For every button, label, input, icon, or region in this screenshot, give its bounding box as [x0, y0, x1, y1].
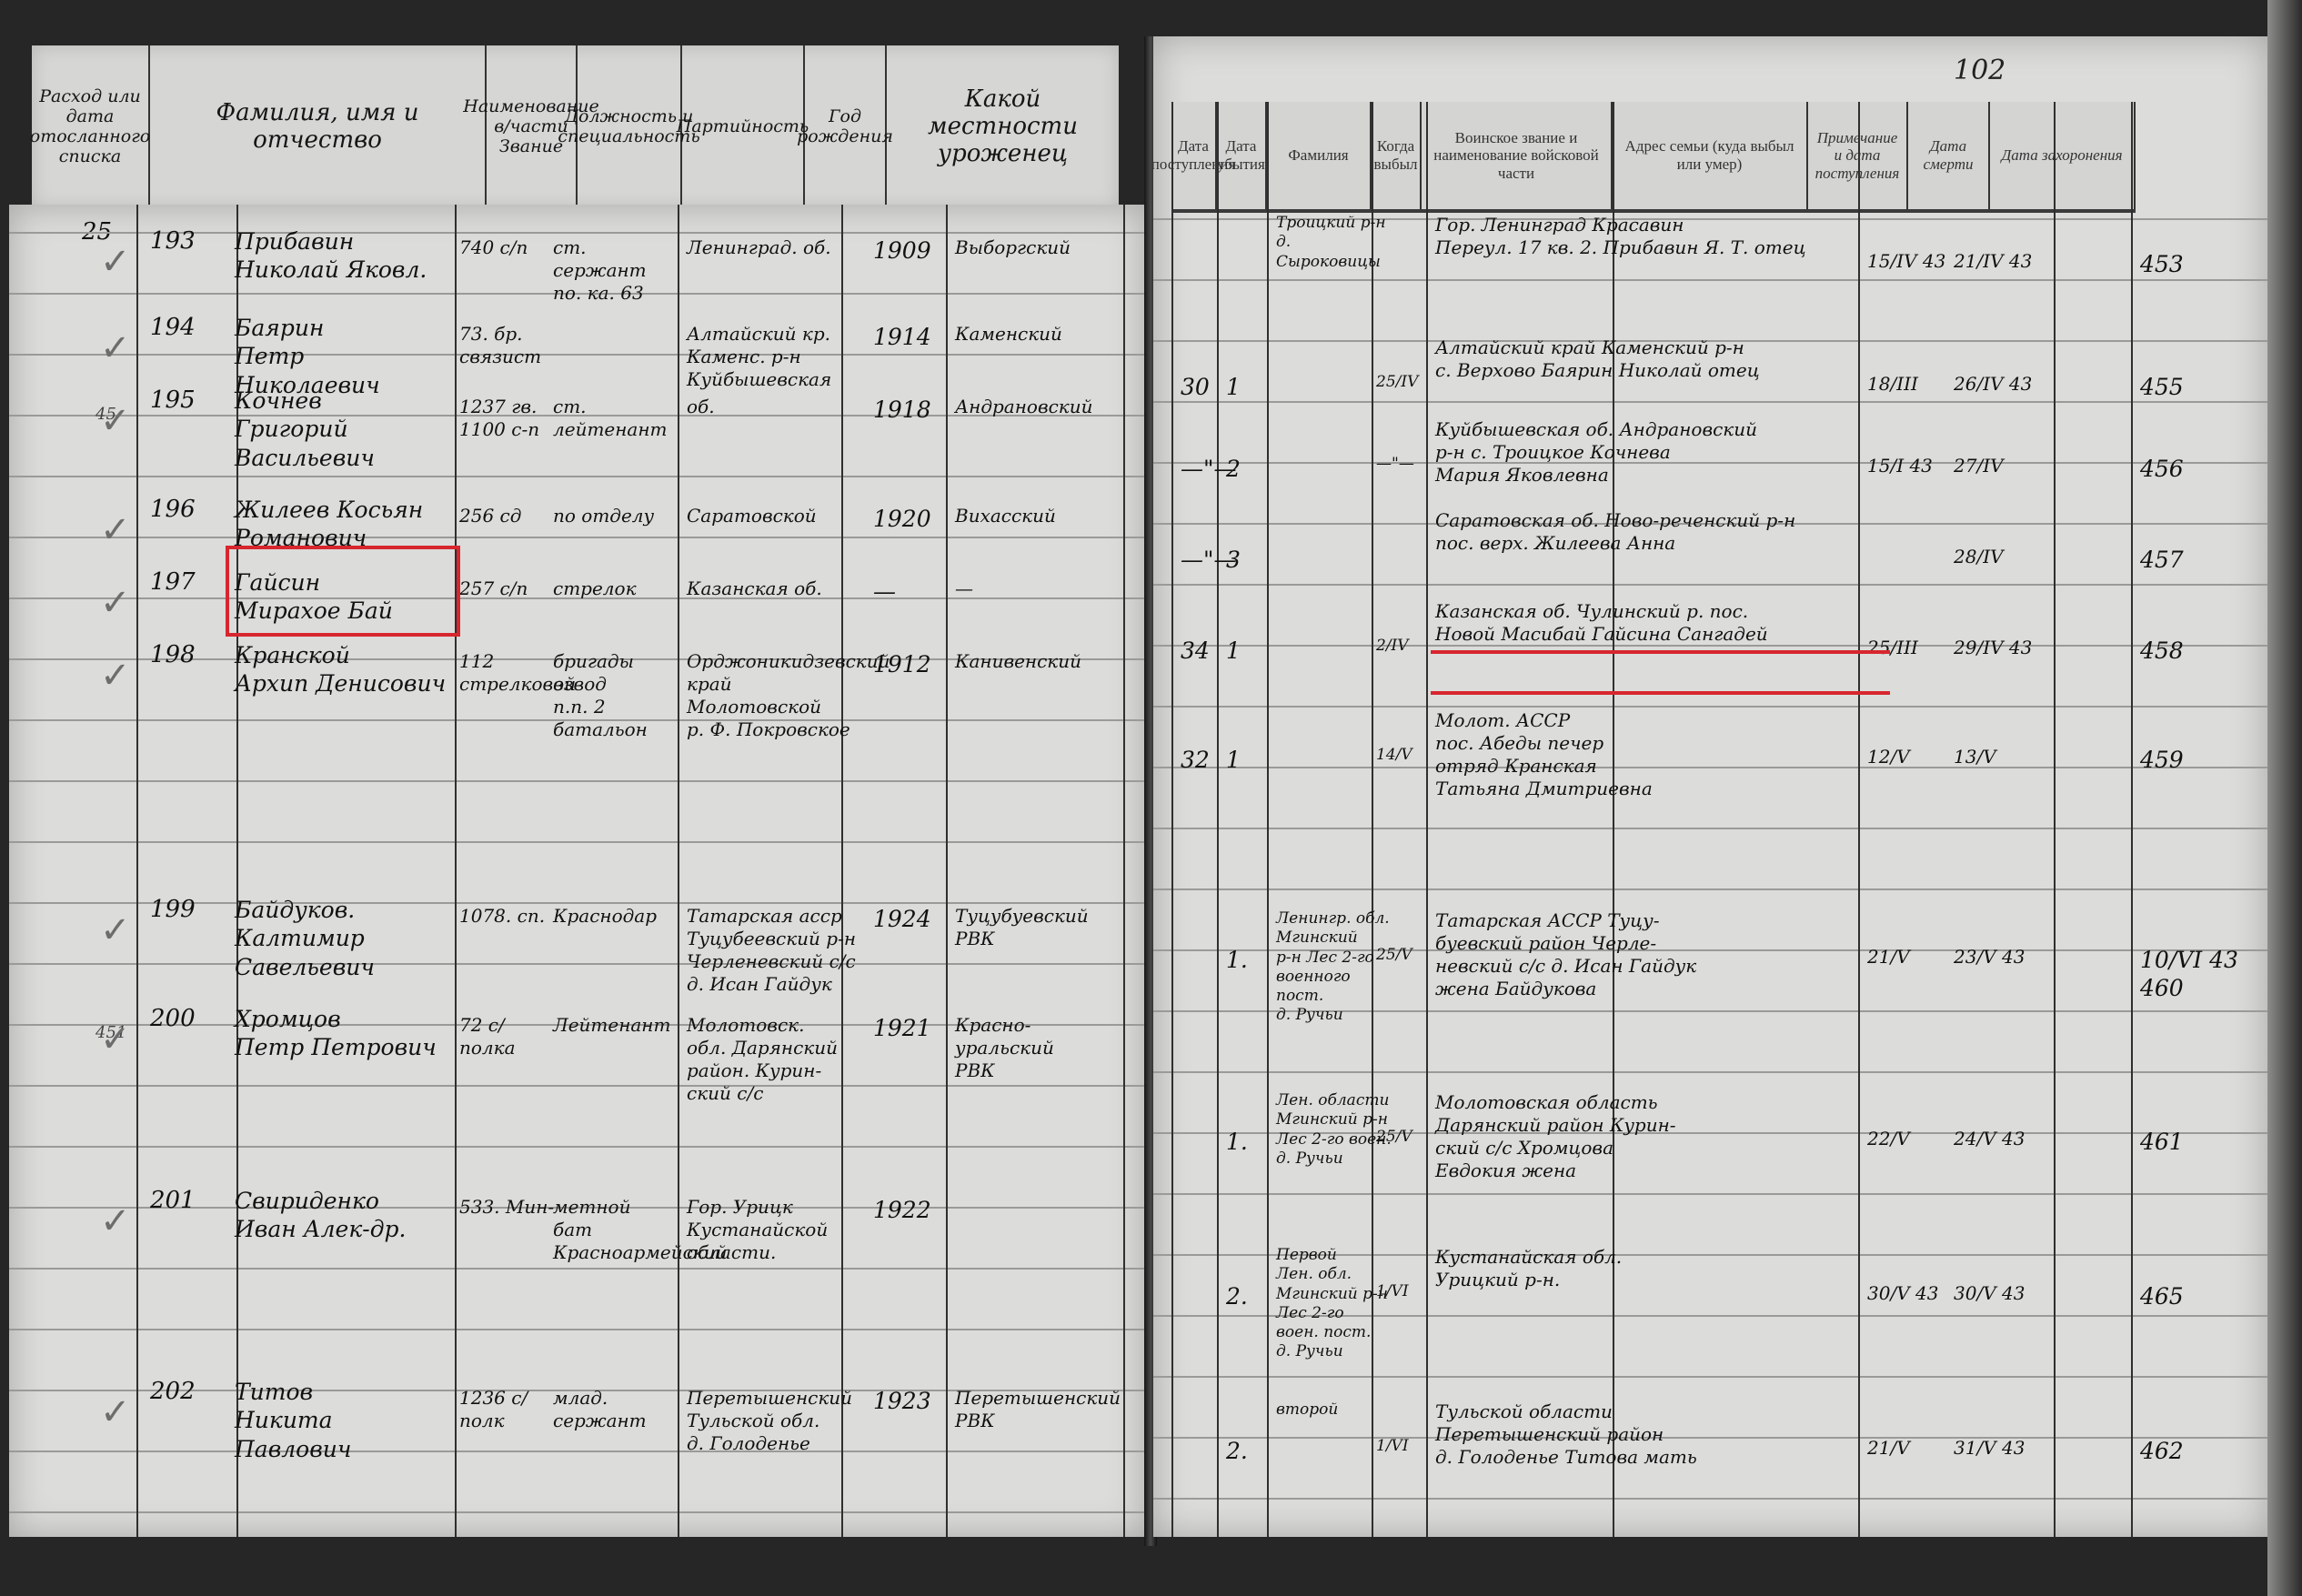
column-divider: [678, 205, 679, 1537]
column-divider: [1858, 102, 1860, 1537]
when-left: 25/V: [1376, 946, 1431, 965]
when-left: 1/VI: [1376, 1437, 1431, 1456]
ruled-line: [9, 1268, 1146, 1270]
date-left: 2.: [1226, 1282, 1272, 1310]
ruled-line: [1153, 1193, 2267, 1195]
header-col: Дата убытия: [1217, 102, 1267, 209]
birth-year: 1923: [873, 1387, 955, 1415]
district: Вихасский: [955, 505, 1119, 527]
row-number: 202: [150, 1378, 196, 1405]
district: Перетышенский РВК: [955, 1387, 1119, 1432]
person-name: Кранской Архип Денисович: [235, 641, 453, 698]
check-mark: ✓: [100, 327, 131, 369]
birthplace: Перетышенский Тульской обл. д. Голоденье: [687, 1387, 878, 1455]
ruled-line: [9, 1085, 1146, 1087]
family-address: Кустанайская обл. Урицкий р-н.: [1435, 1246, 1872, 1291]
row-number: 194: [150, 314, 196, 341]
birth-year: 1909: [873, 236, 955, 265]
person-name: Титов Никита Павлович: [235, 1378, 453, 1463]
date-out: 27/IV: [1954, 455, 2054, 477]
book-edge: [2267, 0, 2302, 1596]
page-number: 102: [1954, 55, 2005, 86]
check-mark: ✓: [100, 655, 131, 697]
date-in: 25/III: [1867, 637, 1954, 659]
date-left: 1: [1226, 637, 1272, 665]
district: Андрановский: [955, 396, 1119, 418]
family-address: Молотовская область Дарянский район Кури…: [1435, 1091, 1872, 1182]
unit: 533. Мин-: [459, 1196, 559, 1219]
column-divider: [455, 205, 457, 1537]
column-divider: [1217, 102, 1219, 1537]
position: метной бат Красноармейский: [553, 1196, 671, 1264]
birth-year: 1918: [873, 396, 955, 424]
family-address: Алтайский край Каменский р-н с. Верхово …: [1435, 336, 1872, 382]
burial-place: Ленингр. обл. Мгинский р-н Лес 2-го воен…: [1276, 909, 1394, 1026]
header-col: Дата захоронения: [1990, 102, 2136, 209]
unit: 112 стрелковой: [459, 650, 559, 696]
birth-year: 1924: [873, 905, 955, 933]
person-name: Прибавин Николай Яковл.: [235, 227, 453, 285]
date-left: 1: [1226, 373, 1272, 401]
header-party: Партийность: [682, 45, 805, 209]
family-address: Казанская об. Чулинский р. пос. Новой Ма…: [1435, 600, 1872, 646]
date-in: 22/V: [1867, 1128, 1954, 1150]
family-address: Тульской области Перетышенский район д. …: [1435, 1400, 1872, 1469]
date-out: 28/IV: [1954, 546, 2054, 568]
when-left: 25/IV: [1376, 373, 1431, 392]
check-mark: ✓: [100, 1019, 131, 1060]
position: стрелок: [553, 577, 671, 600]
birthplace: Ленинград. об.: [687, 236, 878, 259]
column-divider: [1171, 102, 1173, 1537]
column-divider: [136, 205, 138, 1537]
reference-number: 455: [2140, 373, 2240, 401]
check-mark: ✓: [100, 509, 131, 551]
date-out: 29/IV 43: [1954, 637, 2054, 659]
district: Каменский: [955, 323, 1119, 346]
date-arrived: 34: [1181, 637, 1226, 665]
reference-number: 461: [2140, 1128, 2240, 1156]
ruled-line: [9, 476, 1146, 477]
column-divider: [1123, 205, 1125, 1537]
reference-number: 10/VI 43 460: [2140, 946, 2240, 1003]
date-left: 3: [1226, 546, 1272, 574]
reference-number: 453: [2140, 250, 2240, 278]
right-page-header: Дата поступленияДата убытияФамилияКогда …: [1171, 102, 2136, 213]
date-out: 13/V: [1954, 746, 2054, 768]
date-out: 31/V 43: [1954, 1437, 2054, 1460]
ruled-line: [9, 1146, 1146, 1148]
date-out: 24/V 43: [1954, 1128, 2054, 1150]
row-number: 196: [150, 496, 196, 523]
person-name: Кочнев Григорий Васильевич: [235, 386, 453, 472]
date-out: 23/V 43: [1954, 946, 2054, 969]
unit: 257 с/п: [459, 577, 559, 600]
person-name: Свириденко Иван Алек-др.: [235, 1187, 453, 1244]
family-address: Татарская АССР Туцу- буевский район Черл…: [1435, 909, 1872, 1000]
red-underline: [1431, 650, 1890, 654]
birthplace: Татарская асср Туцубеевский р-н Черленев…: [687, 905, 878, 996]
position: бригады взвод п.п. 2 батальон: [553, 650, 671, 741]
family-address: Куйбышевская об. Андрановский р-н с. Тро…: [1435, 418, 1872, 487]
row-number: 195: [150, 386, 196, 414]
position: Краснодар: [553, 905, 671, 928]
family-address: Молот. АССР пос. Абеды печер отряд Кранс…: [1435, 709, 1872, 800]
row-number: 198: [150, 641, 196, 668]
header-col: Адрес семьи (куда выбыл или умер): [1613, 102, 1808, 209]
position: млад. сержант: [553, 1387, 671, 1432]
column-divider: [2054, 102, 2056, 1537]
unit: 256 сд: [459, 505, 559, 527]
birth-year: 1914: [873, 323, 955, 351]
reference-number: 459: [2140, 746, 2240, 774]
left-page-header: Расход или дата отосланного списка Фамил…: [32, 45, 1119, 209]
header-col: Фамилия: [1267, 102, 1372, 209]
ruled-line: [1153, 584, 2267, 586]
unit: 740 с/п: [459, 236, 559, 259]
column-divider: [1613, 102, 1614, 1537]
date-out: 26/IV 43: [1954, 373, 2054, 396]
ruled-line: [9, 1450, 1146, 1452]
district: Красно- уральский РВК: [955, 1014, 1119, 1082]
row-number: 201: [150, 1187, 196, 1214]
ruled-line: [9, 537, 1146, 538]
unit: 1078. сп.: [459, 905, 559, 928]
birth-year: 1922: [873, 1196, 955, 1224]
header-birth-year: Год рождения: [805, 45, 887, 209]
when-left: 14/V: [1376, 746, 1431, 765]
unit: 1237 гв. 1100 с-п: [459, 396, 559, 441]
header-full-name: Фамилия, имя и отчество: [150, 45, 487, 209]
column-divider: [2131, 102, 2133, 1537]
position: по отделу: [553, 505, 671, 527]
ruled-line: [1153, 1071, 2267, 1073]
check-mark: ✓: [100, 400, 131, 442]
ruled-line: [1153, 888, 2267, 890]
check-mark: ✓: [100, 909, 131, 951]
header-col: Дата поступления: [1171, 102, 1217, 209]
burial-place: Троицкий р-н д. Сыроковицы: [1276, 214, 1394, 272]
position: ст. сержант по. ка. 63: [553, 236, 671, 305]
birthplace: Молотовск. обл. Дарянский район. Курин- …: [687, 1014, 878, 1105]
birth-year: 1920: [873, 505, 955, 533]
district: Туцубуевский РВК: [955, 905, 1119, 950]
reference-number: 462: [2140, 1437, 2240, 1465]
header-col: Когда выбыл: [1372, 102, 1422, 209]
ruled-line: [9, 963, 1146, 965]
person-name: Байдуков. Калтимир Савельевич: [235, 896, 453, 981]
date-in: 15/I 43: [1867, 455, 1954, 477]
birthplace: об.: [687, 396, 878, 418]
row-number: 197: [150, 568, 196, 596]
date-left: 1.: [1226, 946, 1272, 974]
column-divider: [1267, 102, 1269, 1537]
left-page: 25 193Прибавин Николай Яковл.740 с/пст. …: [9, 205, 1146, 1537]
column-divider: [1426, 102, 1428, 1537]
highlight-box: [226, 546, 460, 637]
family-address: Гор. Ленинград Красавин Переул. 17 кв. 2…: [1435, 214, 1872, 259]
date-out: 30/V 43: [1954, 1282, 2054, 1305]
birthplace: Алтайский кр. Каменс. р-н Куйбышевская: [687, 323, 878, 391]
date-left: 1: [1226, 746, 1272, 774]
row-number: 199: [150, 896, 196, 923]
family-address: Саратовская об. Ново-реченский р-н пос. …: [1435, 509, 1872, 555]
unit: 73. бр. связист: [459, 323, 559, 368]
reference-number: 457: [2140, 546, 2240, 574]
birthplace: Орджоникидзевский край Молотовской р. Ф.…: [687, 650, 878, 741]
date-in: 30/V 43: [1867, 1282, 1954, 1305]
ruled-line: [9, 1511, 1146, 1513]
ruled-line: [1153, 706, 2267, 708]
reference-number: 456: [2140, 455, 2240, 483]
date-in: 21/V: [1867, 946, 1954, 969]
ruled-line: [1153, 1376, 2267, 1378]
row-number: 193: [150, 227, 196, 255]
district: —: [955, 577, 1119, 600]
date-left: 2: [1226, 455, 1272, 483]
date-out: 21/IV 43: [1954, 250, 2054, 273]
person-name: Жилеев Косьян Романович: [235, 496, 453, 553]
date-arrived: —"—: [1181, 455, 1226, 483]
check-mark: ✓: [100, 241, 131, 283]
ruled-line: [1153, 828, 2267, 829]
birthplace: Гор. Урицк Кустанайской области.: [687, 1196, 878, 1264]
birth-year: —: [873, 577, 955, 606]
birth-year: 1912: [873, 650, 955, 678]
row-number: 200: [150, 1005, 196, 1032]
unit: 72 с/полка: [459, 1014, 559, 1059]
ruled-line: [1153, 279, 2267, 281]
when-left: 1/VI: [1376, 1282, 1431, 1301]
ruled-line: [9, 354, 1146, 356]
birthplace: Саратовской: [687, 505, 878, 527]
red-underline: [1431, 691, 1890, 695]
check-mark: ✓: [100, 582, 131, 624]
position: Лейтенант: [553, 1014, 671, 1037]
date-in: 15/IV 43: [1867, 250, 1954, 273]
header-col: Дата смерти: [1908, 102, 1990, 209]
position: ст. лейтенант: [553, 396, 671, 441]
right-page: 102 Дата поступленияДата убытияФамилияКо…: [1153, 36, 2267, 1537]
check-mark: ✓: [100, 1200, 131, 1242]
ruled-line: [1153, 1498, 2267, 1500]
person-name: Хромцов Петр Петрович: [235, 1005, 453, 1062]
when-left: 2/IV: [1376, 637, 1431, 656]
ruled-line: [1153, 401, 2267, 403]
date-arrived: —"—: [1181, 546, 1226, 574]
reference-number: 458: [2140, 637, 2240, 665]
date-left: 2.: [1226, 1437, 1272, 1465]
check-mark: ✓: [100, 1391, 131, 1433]
date-arrived: 32: [1181, 746, 1226, 774]
birth-year: 1921: [873, 1014, 955, 1042]
burial-place: Первой Лен. обл. Мгинский р-н Лес 2-го в…: [1276, 1246, 1394, 1362]
ruled-line: [9, 1329, 1146, 1330]
date-in: 12/V: [1867, 746, 1954, 768]
header-dispatch: Расход или дата отосланного списка: [32, 45, 150, 209]
when-left: 25/V: [1376, 1128, 1431, 1147]
header-col: Воинское звание и наименование войсковой…: [1422, 102, 1613, 209]
date-left: 1.: [1226, 1128, 1272, 1156]
reference-number: 465: [2140, 1282, 2240, 1310]
date-in: 18/III: [1867, 373, 1954, 396]
district: Канивенский: [955, 650, 1119, 673]
birthplace: Казанская об.: [687, 577, 878, 600]
date-in: 21/V: [1867, 1437, 1954, 1460]
burial-place: второй: [1276, 1400, 1394, 1420]
ruled-line: [9, 780, 1146, 782]
scanned-ledger-spread: Расход или дата отосланного списка Фамил…: [0, 0, 2302, 1596]
ruled-line: [9, 841, 1146, 843]
when-left: —"—: [1376, 455, 1431, 474]
header-position: Должность и специальность: [578, 45, 682, 209]
date-arrived: 30: [1181, 373, 1226, 401]
unit: 1236 с/полк: [459, 1387, 559, 1432]
district: Выборгский: [955, 236, 1119, 259]
header-birthplace: Какой местности уроженец: [887, 45, 1119, 209]
